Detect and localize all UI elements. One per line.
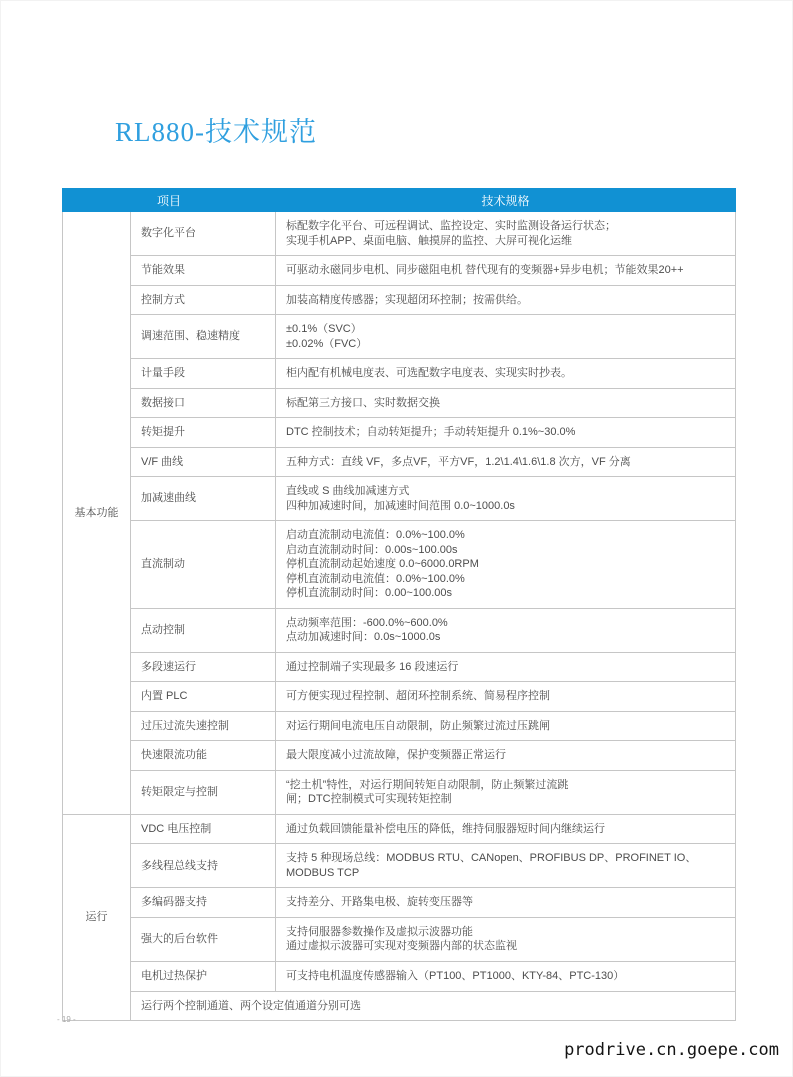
spec-cell: 最大限度减小过流故障，保护变频器正常运行 xyxy=(276,741,736,771)
table-row: 数据接口标配第三方接口、实时数据交换 xyxy=(63,388,736,418)
spec-cell: 可方便实现过程控制、超闭环控制系统、简易程序控制 xyxy=(276,682,736,712)
spec-cell: 支持差分、开路集电极、旋转变压器等 xyxy=(276,888,736,918)
spec-cell: “挖土机”特性，对运行期间转矩自动限制，防止频繁过流跳 闸；DTC控制模式可实现… xyxy=(276,770,736,814)
item-cell: 直流制动 xyxy=(131,521,276,609)
spec-cell: 点动频率范围：-600.0%~600.0% 点动加减速时间：0.0s~1000.… xyxy=(276,608,736,652)
spec-cell: 加装高精度传感器；实现超闭环控制；按需供给。 xyxy=(276,285,736,315)
item-cell: 强大的后台软件 xyxy=(131,917,276,961)
spec-cell: 五种方式：直线 VF，多点VF，平方VF，1.2\1.4\1.6\1.8 次方，… xyxy=(276,447,736,477)
item-cell: 多编码器支持 xyxy=(131,888,276,918)
watermark-url: prodrive.cn.goepe.com xyxy=(564,1040,779,1060)
item-cell: 节能效果 xyxy=(131,256,276,286)
item-cell: 内置 PLC xyxy=(131,682,276,712)
item-cell: 转矩限定与控制 xyxy=(131,770,276,814)
table-row: 节能效果可驱动永磁同步电机、同步磁阻电机 替代现有的变频器+异步电机；节能效果2… xyxy=(63,256,736,286)
table-row: 控制方式加装高精度传感器；实现超闭环控制；按需供给。 xyxy=(63,285,736,315)
spec-cell: 标配第三方接口、实时数据交换 xyxy=(276,388,736,418)
item-cell: 调速范围、稳速精度 xyxy=(131,315,276,359)
spec-cell: 可支持电机温度传感器输入（PT100、PT1000、KTY-84、PTC-130… xyxy=(276,961,736,991)
spec-cell: 启动直流制动电流值：0.0%~100.0% 启动直流制动时间：0.00s~100… xyxy=(276,521,736,609)
item-cell: 数据接口 xyxy=(131,388,276,418)
table-row: 多编码器支持支持差分、开路集电极、旋转变压器等 xyxy=(63,888,736,918)
item-cell: 点动控制 xyxy=(131,608,276,652)
table-row: 运行VDC 电压控制通过负载回馈能量补偿电压的降低，维持伺服器短时间内继续运行 xyxy=(63,814,736,844)
table-row: 过压过流失速控制对运行期间电流电压自动限制，防止频繁过流过压跳闸 xyxy=(63,711,736,741)
spec-cell: 支持 5 种现场总线：MODBUS RTU、CANopen、PROFIBUS D… xyxy=(276,844,736,888)
item-cell: 过压过流失速控制 xyxy=(131,711,276,741)
spec-cell: 支持伺服器参数操作及虚拟示波器功能 通过虚拟示波器可实现对变频器内部的状态监视 xyxy=(276,917,736,961)
table-row: 调速范围、稳速精度±0.1%（SVC） ±0.02%（FVC） xyxy=(63,315,736,359)
table-row: 多线程总线支持支持 5 种现场总线：MODBUS RTU、CANopen、PRO… xyxy=(63,844,736,888)
table-row: 运行两个控制通道、两个设定值通道分别可选 xyxy=(63,991,736,1021)
page-title: RL880-技术规范 xyxy=(115,110,317,149)
spec-table-body: 基本功能数字化平台标配数字化平台、可远程调试、监控设定、实时监测设备运行状态； … xyxy=(63,212,736,1021)
spec-cell: 直线或 S 曲线加减速方式 四种加减速时间，加减速时间范围 0.0~1000.0… xyxy=(276,477,736,521)
document-page: RL880-技术规范 项目 技术规格 基本功能数字化平台标配数字化平台、可远程调… xyxy=(0,0,793,1077)
group-label: 基本功能 xyxy=(63,212,131,815)
table-row: 转矩提升DTC 控制技术；自动转矩提升；手动转矩提升 0.1%~30.0% xyxy=(63,418,736,448)
merged-spec-cell: 运行两个控制通道、两个设定值通道分别可选 xyxy=(131,991,736,1021)
spec-cell: 对运行期间电流电压自动限制，防止频繁过流过压跳闸 xyxy=(276,711,736,741)
spec-cell: 通过负载回馈能量补偿电压的降低，维持伺服器短时间内继续运行 xyxy=(276,814,736,844)
column-header-item: 项目 xyxy=(63,189,276,212)
spec-cell: 可驱动永磁同步电机、同步磁阻电机 替代现有的变频器+异步电机；节能效果20++ xyxy=(276,256,736,286)
table-row: 电机过热保护可支持电机温度传感器输入（PT100、PT1000、KTY-84、P… xyxy=(63,961,736,991)
table-row: 点动控制点动频率范围：-600.0%~600.0% 点动加减速时间：0.0s~1… xyxy=(63,608,736,652)
spec-cell: DTC 控制技术；自动转矩提升；手动转矩提升 0.1%~30.0% xyxy=(276,418,736,448)
item-cell: 多线程总线支持 xyxy=(131,844,276,888)
item-cell: VDC 电压控制 xyxy=(131,814,276,844)
item-cell: 计量手段 xyxy=(131,359,276,389)
table-row: 强大的后台软件支持伺服器参数操作及虚拟示波器功能 通过虚拟示波器可实现对变频器内… xyxy=(63,917,736,961)
spec-cell: 通过控制端子实现最多 16 段速运行 xyxy=(276,652,736,682)
table-row: V/F 曲线五种方式：直线 VF，多点VF，平方VF，1.2\1.4\1.6\1… xyxy=(63,447,736,477)
spec-cell: 柜内配有机械电度表、可选配数字电度表、实现实时抄表。 xyxy=(276,359,736,389)
spec-cell: ±0.1%（SVC） ±0.02%（FVC） xyxy=(276,315,736,359)
table-row: 加减速曲线直线或 S 曲线加减速方式 四种加减速时间，加减速时间范围 0.0~1… xyxy=(63,477,736,521)
table-row: 快速限流功能最大限度减小过流故障，保护变频器正常运行 xyxy=(63,741,736,771)
item-cell: 转矩提升 xyxy=(131,418,276,448)
item-cell: 多段速运行 xyxy=(131,652,276,682)
item-cell: 电机过热保护 xyxy=(131,961,276,991)
table-row: 内置 PLC可方便实现过程控制、超闭环控制系统、简易程序控制 xyxy=(63,682,736,712)
item-cell: 快速限流功能 xyxy=(131,741,276,771)
table-row: 直流制动启动直流制动电流值：0.0%~100.0% 启动直流制动时间：0.00s… xyxy=(63,521,736,609)
spec-cell: 标配数字化平台、可远程调试、监控设定、实时监测设备运行状态； 实现手机APP、桌… xyxy=(276,212,736,256)
item-cell: 加减速曲线 xyxy=(131,477,276,521)
table-row: 计量手段柜内配有机械电度表、可选配数字电度表、实现实时抄表。 xyxy=(63,359,736,389)
table-row: 基本功能数字化平台标配数字化平台、可远程调试、监控设定、实时监测设备运行状态； … xyxy=(63,212,736,256)
spec-table: 项目 技术规格 基本功能数字化平台标配数字化平台、可远程调试、监控设定、实时监测… xyxy=(62,188,735,1021)
group-label: 运行 xyxy=(63,814,131,1020)
item-cell: V/F 曲线 xyxy=(131,447,276,477)
column-header-spec: 技术规格 xyxy=(276,189,736,212)
item-cell: 控制方式 xyxy=(131,285,276,315)
page-number: - 19 - xyxy=(57,1015,76,1024)
table-header-row: 项目 技术规格 xyxy=(63,189,736,212)
table-row: 转矩限定与控制“挖土机”特性，对运行期间转矩自动限制，防止频繁过流跳 闸；DTC… xyxy=(63,770,736,814)
table-row: 多段速运行通过控制端子实现最多 16 段速运行 xyxy=(63,652,736,682)
item-cell: 数字化平台 xyxy=(131,212,276,256)
